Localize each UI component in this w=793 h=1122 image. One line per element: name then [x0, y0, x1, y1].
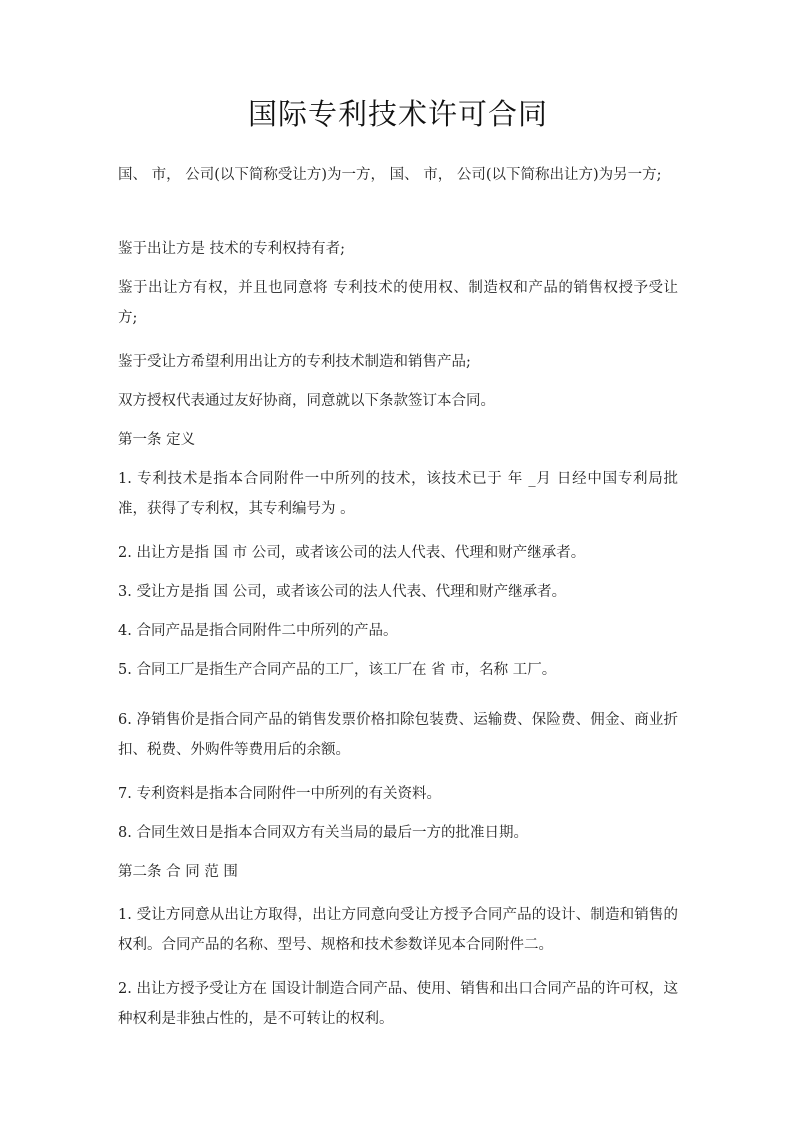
- preamble-agreement: 双方授权代表通过友好协商，同意就以下条款签订本合同。: [118, 386, 678, 416]
- article-2-clause-2: 2. 出让方授予受让方在 国设计制造合同产品、使用、销售和出口合同产品的许可权，…: [118, 974, 678, 1034]
- article-1-clause-1: 1. 专利技术是指本合同附件一中所列的技术，该技术已于 年 _月 日经中国专利局…: [118, 464, 678, 524]
- article-1-clause-6: 6. 净销售价是指合同产品的销售发票价格扣除包装费、运输费、保险费、佣金、商业折…: [118, 705, 678, 765]
- preamble-whereas-3: 鉴于受让方希望利用出让方的专利技术制造和销售产品;: [118, 347, 678, 377]
- article-1-clause-7: 7. 专利资料是指本合同附件一中所列的有关资料。: [118, 779, 678, 809]
- article-1-clause-5: 5. 合同工厂是指生产合同产品的工厂，该工厂在 省 市，名称 工厂。: [118, 655, 678, 685]
- article-2-clause-1: 1. 受让方同意从出让方取得，出让方同意向受让方授予合同产品的设计、制造和销售的…: [118, 900, 678, 960]
- article-1-clause-8: 8. 合同生效日是指本合同双方有关当局的最后一方的批准日期。: [118, 818, 678, 848]
- article-1-clause-4: 4. 合同产品是指合同附件二中所列的产品。: [118, 616, 678, 646]
- article-1-clause-2: 2. 出让方是指 国 市 公司，或者该公司的法人代表、代理和财产继承者。: [118, 538, 678, 568]
- preamble-whereas-1: 鉴于出让方是 技术的专利权持有者;: [118, 234, 678, 264]
- document-title: 国际专利技术许可合同: [118, 94, 678, 134]
- article-1-heading: 第一条 定义: [118, 425, 678, 455]
- article-2-heading: 第二条 合 同 范 围: [118, 857, 678, 887]
- preamble-whereas-2: 鉴于出让方有权，并且也同意将 专利技术的使用权、制造权和产品的销售权授予受让方;: [118, 273, 678, 333]
- article-1-clause-3: 3. 受让方是指 国 公司，或者该公司的法人代表、代理和财产继承者。: [118, 577, 678, 607]
- preamble-parties: 国、 市， 公司(以下简称受让方)为一方， 国、 市， 公司(以下简称出让方)为…: [118, 160, 678, 190]
